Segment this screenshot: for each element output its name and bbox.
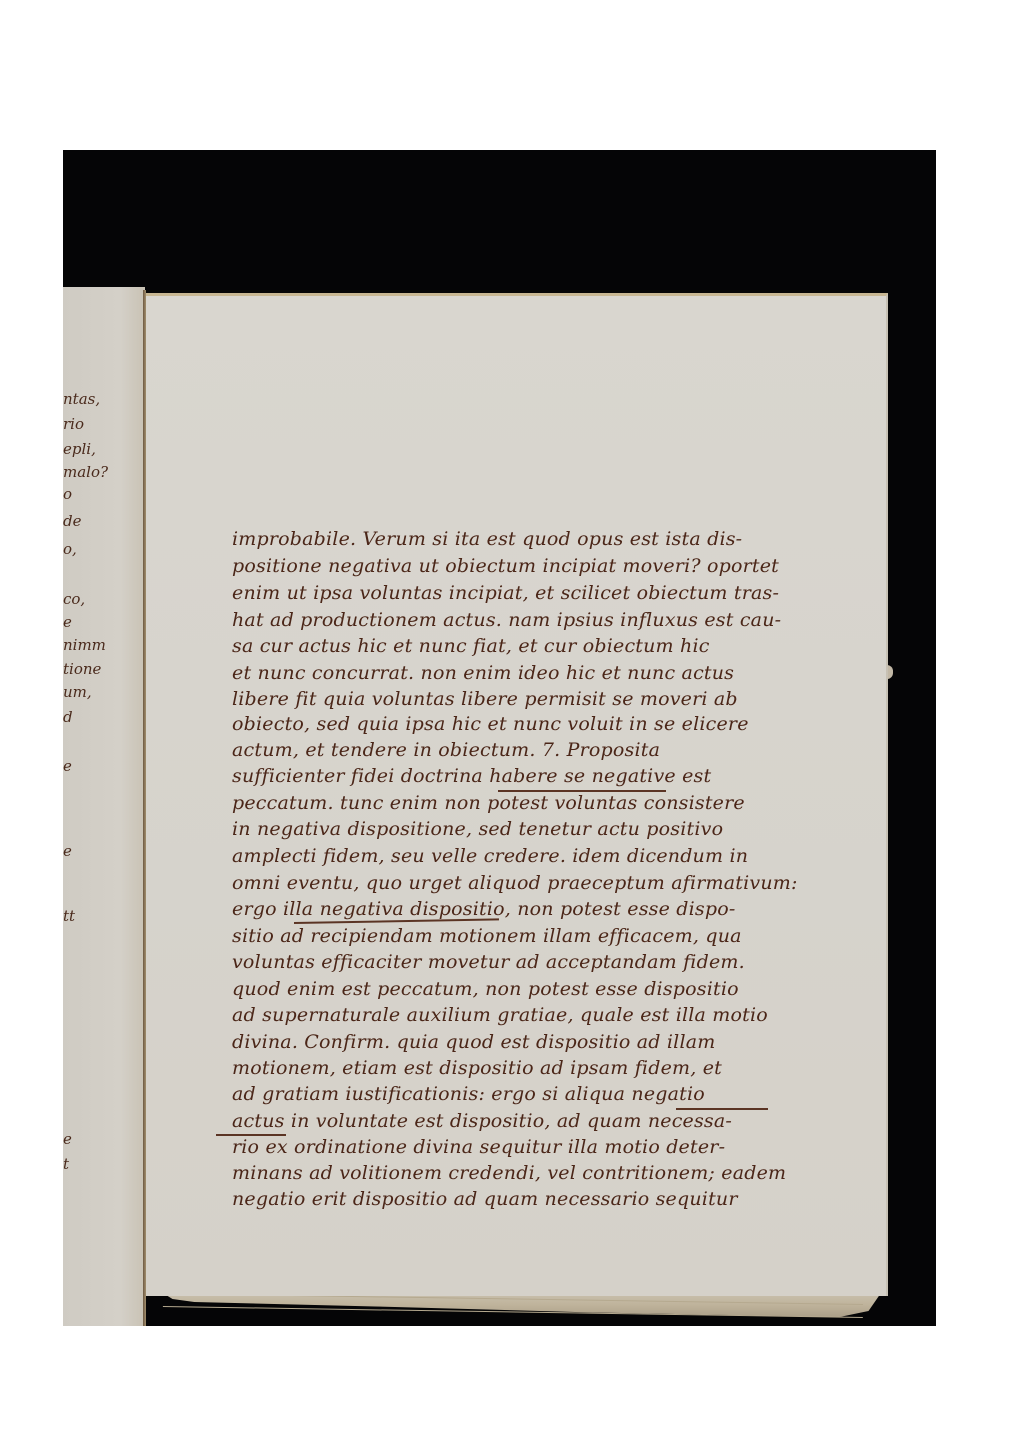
manuscript-line: obiecto, sed quia ipsa hic et nunc volui… (232, 713, 749, 735)
manuscript-line: sufficienter fidei doctrina habere se ne… (232, 765, 711, 787)
manuscript-page: improbabile. Verum si ita est quod opus … (146, 293, 888, 1296)
facing-page: ntas, rio epli, malo? o de o, co, e nimm… (63, 287, 145, 1326)
manuscript-line: ad supernaturale auxilium gratiae, quale… (232, 1004, 768, 1026)
manuscript-photo: ntas, rio epli, malo? o de o, co, e nimm… (63, 150, 936, 1326)
facing-page-fragment: de (63, 512, 81, 530)
manuscript-line: actum, et tendere in obiectum. 7. Propos… (232, 739, 660, 761)
manuscript-line: in negativa dispositione, sed tenetur ac… (232, 818, 723, 840)
facing-page-fragment: o (63, 485, 72, 503)
facing-page-fragment: rio (63, 415, 84, 433)
facing-page-fragment: t (63, 1155, 69, 1173)
facing-page-fragment: tione (63, 660, 101, 678)
manuscript-line: rio ex ordinatione divina sequitur illa … (232, 1136, 725, 1158)
facing-page-fragment: e (63, 1130, 72, 1148)
facing-page-fragment: o, (63, 540, 77, 558)
manuscript-line: ergo illa negativa dispositio, non potes… (232, 898, 736, 920)
underline-actus (216, 1134, 286, 1136)
manuscript-line: peccatum. tunc enim non potest voluntas … (232, 792, 745, 814)
manuscript-line: actus in voluntate est dispositio, ad qu… (232, 1110, 732, 1132)
facing-page-fragment: malo? (63, 463, 108, 481)
manuscript-line: positione negativa ut obiectum incipiat … (232, 555, 779, 577)
manuscript-line: et nunc concurrat. non enim ideo hic et … (232, 662, 734, 684)
manuscript-line: negatio erit dispositio ad quam necessar… (232, 1188, 738, 1210)
facing-page-fragment: e (63, 757, 72, 775)
facing-page-fragment: um, (63, 683, 92, 701)
facing-page-fragment: epli, (63, 440, 96, 458)
facing-page-fragment: ntas, (63, 390, 100, 408)
manuscript-line: quod enim est peccatum, non potest esse … (232, 978, 739, 1000)
manuscript-line: divina. Confirm. quia quod est dispositi… (232, 1031, 715, 1053)
manuscript-line: minans ad volitionem credendi, vel contr… (232, 1162, 786, 1184)
facing-page-fragment: e (63, 613, 72, 631)
underline-negatio (676, 1108, 768, 1110)
manuscript-line: sa cur actus hic et nunc fiat, et cur ob… (232, 635, 710, 657)
manuscript-line: omni eventu, quo urget aliquod praeceptu… (232, 872, 798, 894)
manuscript-line: voluntas efficaciter movetur ad acceptan… (232, 951, 745, 973)
manuscript-line: motionem, etiam est dispositio ad ipsam … (232, 1057, 722, 1079)
facing-page-fragment: d (63, 708, 73, 726)
manuscript-line: amplecti fidem, seu velle credere. idem … (232, 845, 748, 867)
manuscript-line: libere fit quia voluntas libere permisit… (232, 688, 738, 710)
manuscript-line: ad gratiam iustificationis: ergo si aliq… (232, 1083, 705, 1105)
facing-page-fragment: co, (63, 590, 85, 608)
manuscript-line: sitio ad recipiendam motionem illam effi… (232, 925, 742, 947)
facing-page-fragment: e (63, 842, 72, 860)
facing-page-fragment: nimm (63, 636, 106, 654)
underline-habere-se-negative (498, 790, 666, 792)
manuscript-line: hat ad productionem actus. nam ipsius in… (232, 609, 781, 631)
manuscript-line: enim ut ipsa voluntas incipiat, et scili… (232, 582, 779, 604)
manuscript-line: improbabile. Verum si ita est quod opus … (232, 528, 742, 550)
facing-page-fragment: tt (63, 907, 75, 925)
